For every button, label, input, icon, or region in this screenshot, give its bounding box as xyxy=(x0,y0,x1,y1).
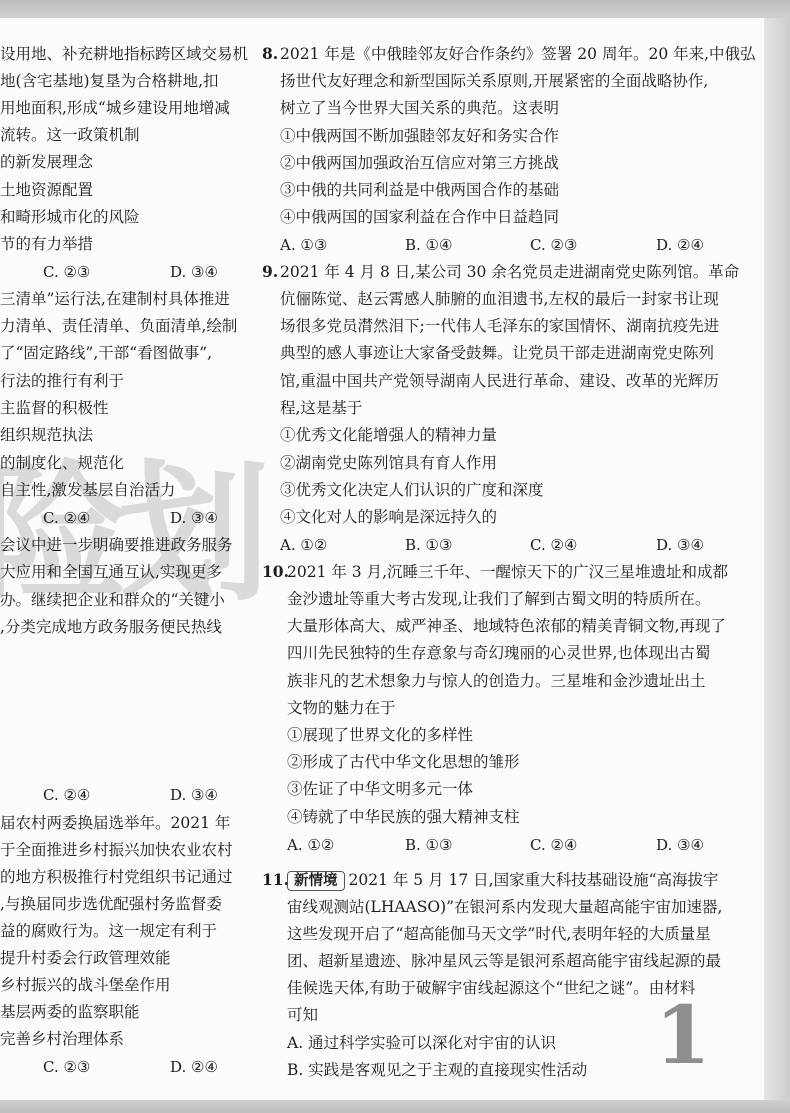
statement-3: ③优秀文化决定人们认识的广度和深度 xyxy=(280,480,544,500)
text-line: 于全面推进乡村振兴加快农业农村 xyxy=(0,840,233,860)
new-context-badge: 新情境 xyxy=(287,871,345,891)
option-d[interactable]: D. ②④ xyxy=(170,1057,218,1077)
text-line: 自主性,激发基层自治活力 xyxy=(0,480,175,500)
text-line: 伉俪陈觉、赵云霄感人肺腑的血泪遗书,左权的最后一封家书让现 xyxy=(280,289,719,309)
right-column: 8. 2021 年是《中俄睦邻友好合作条约》签署 20 周年。20 年来,中俄弘… xyxy=(262,0,762,1113)
question-number: 9. xyxy=(262,262,278,282)
text-line: 佳候选天体,有助于破解宇宙线起源这个“世纪之谜”。由材料 xyxy=(287,978,695,998)
text-line: 典型的感人事迹让大家备受鼓舞。让党员干部走进湖南党史陈列 xyxy=(280,343,714,363)
statement-2: ②形成了古代中华文化思想的雏形 xyxy=(287,752,520,772)
text-line: 扬世代友好理念和新型国际关系原则,开展紧密的全面战略协作, xyxy=(280,71,708,91)
text-line: 节的有力举措 xyxy=(0,234,93,254)
text-line: 2021 年 3 月,沉睡三千年、一醒惊天下的广汉三星堆遗址和成都 xyxy=(287,562,728,582)
text-line: 提升村委会行政管理效能 xyxy=(0,948,171,968)
option-b[interactable]: B. ①③ xyxy=(405,535,452,555)
text-line: 2021 年是《中俄睦邻友好合作条约》签署 20 周年。20 年来,中俄弘 xyxy=(280,44,756,64)
option-d[interactable]: D. ③④ xyxy=(656,835,704,855)
option-c[interactable]: C. ②③ xyxy=(43,262,90,282)
text-line: 完善乡村治理体系 xyxy=(0,1029,124,1049)
option-d[interactable]: D. ②④ xyxy=(656,235,704,255)
statement-1: ①展现了世界文化的多样性 xyxy=(287,725,473,745)
text-line: 场很多党员潸然泪下;一代伟人毛泽东的家国情怀、湖南抗疫先进 xyxy=(280,316,719,336)
statement-3: ③中俄的共同利益是中俄两国合作的基础 xyxy=(280,180,559,200)
text-line: 了“固定路线”,干部“看图做事”, xyxy=(0,343,212,363)
text-line: 土地资源配置 xyxy=(0,180,93,200)
statement-3: ③佐证了中华文明多元一体 xyxy=(287,779,473,799)
text-line: 团、超新星遗迹、脉冲星风云等是银河系超高能宇宙线起源的最 xyxy=(287,951,721,971)
option-a[interactable]: A. ①③ xyxy=(280,235,327,255)
text-line: 乡村振兴的战斗堡垒作用 xyxy=(0,975,171,995)
statement-4: ④铸就了中华民族的强大精神支柱 xyxy=(287,807,520,827)
option-b[interactable]: B. ①④ xyxy=(405,235,452,255)
option-b[interactable]: B. ①③ xyxy=(405,835,452,855)
statement-1: ①中俄两国不断加强睦邻友好和务实合作 xyxy=(280,126,559,146)
text-line: 文物的魅力在于 xyxy=(287,698,396,718)
option-c[interactable]: C. ②③ xyxy=(43,1057,90,1077)
statement-4: ④文化对人的影响是深远持久的 xyxy=(280,507,497,527)
text-line: 的新发展理念 xyxy=(0,152,93,172)
text-line: 三清单”运行法,在建制村具体推进 xyxy=(0,289,230,309)
text-line: 的地方积极推行村党组织书记通过 xyxy=(0,867,233,887)
option-c[interactable]: C. ②④ xyxy=(530,535,577,555)
text-line: ,与换届同步选优配强村务监督委 xyxy=(0,894,222,914)
option-d[interactable]: D. ③④ xyxy=(170,262,218,282)
first-line-text: 2021 年 5 月 17 日,国家重大科技基础设施“高海拔宇 xyxy=(349,871,719,889)
question-number: 8. xyxy=(262,44,278,64)
option-c[interactable]: C. ②④ xyxy=(43,508,90,528)
option-c[interactable]: C. ②④ xyxy=(43,785,90,805)
choice-a[interactable]: A. 通过科学实验可以深化对宇宙的认识 xyxy=(287,1033,556,1053)
text-line: 益的腐败行为。这一规定有利于 xyxy=(0,921,217,941)
text-line: 四川先民独特的生存意象与奇幻瑰丽的心灵世界,也体现出古蜀 xyxy=(287,643,710,663)
option-d[interactable]: D. ③④ xyxy=(170,785,218,805)
text-line: 族非凡的艺术想象力与惊人的创造力。三星堆和金沙遗址出土 xyxy=(287,671,706,691)
statement-2: ②湖南党史陈列馆具有育人作用 xyxy=(280,453,497,473)
choice-b[interactable]: B. 实践是客观见之于主观的直接现实性活动 xyxy=(287,1060,587,1080)
option-c[interactable]: C. ②③ xyxy=(530,235,577,255)
text-line: 2021 年 4 月 8 日,某公司 30 余名党员走进湖南党史陈列馆。革命 xyxy=(280,262,739,282)
statement-2: ②中俄两国加强政治互信应对第三方挑战 xyxy=(280,153,559,173)
text-line: 大量形体高大、威严神圣、地域特色浓郁的精美青铜文物,再现了 xyxy=(287,616,726,636)
text-line: 大应用和全国互通互认,实现更多 xyxy=(0,562,222,582)
question-number: 11. xyxy=(262,870,289,890)
option-d[interactable]: D. ③④ xyxy=(656,535,704,555)
option-a[interactable]: A. ①② xyxy=(280,535,327,555)
option-c[interactable]: C. ②④ xyxy=(530,835,577,855)
text-line: 可知 xyxy=(287,1005,318,1025)
text-line: 主监督的积极性 xyxy=(0,398,109,418)
left-column: 设用地、补充耕地指标跨区域交易机 地(含宅基地)复垦为合格耕地,扣 用地面积,形… xyxy=(0,0,250,1113)
statement-4: ④中俄两国的国家利益在合作中日益趋同 xyxy=(280,207,559,227)
text-line: 力清单、责任清单、负面清单,绘制 xyxy=(0,316,237,336)
text-line: 用地面积,形成“城乡建设用地增减 xyxy=(0,98,230,118)
question-number: 10. xyxy=(262,562,289,582)
text-line: 行法的推行有利于 xyxy=(0,371,124,391)
text-line: 的制度化、规范化 xyxy=(0,453,124,473)
text-line: 馆,重温中国共产党领导湖南人民进行革命、建设、改革的光辉历 xyxy=(280,371,719,391)
text-line: 办。继续把企业和群众的“关键小 xyxy=(0,590,225,610)
text-line: 设用地、补充耕地指标跨区域交易机 xyxy=(0,44,248,64)
text-line: 树立了当今世界大国关系的典范。这表明 xyxy=(280,98,559,118)
text-line: 金沙遗址等重大考古发现,让我们了解到古蜀文明的特质所在。 xyxy=(287,589,710,609)
text-line: 程,这是基于 xyxy=(280,398,362,418)
text-line: 和畸形城市化的风险 xyxy=(0,207,140,227)
text-line: 会议中进一步明确要推进政务服务 xyxy=(0,535,233,555)
text-line: 届农村两委换届选举年。2021 年 xyxy=(0,813,230,833)
text-line: 基层两委的监察职能 xyxy=(0,1002,140,1022)
page-edge-shadow xyxy=(764,18,790,1100)
text-line: 组织规范执法 xyxy=(0,425,93,445)
text-line: 地(含宅基地)复垦为合格耕地,扣 xyxy=(0,71,219,91)
text-line: 流转。这一政策机制 xyxy=(0,125,140,145)
text-line: 新情境2021 年 5 月 17 日,国家重大科技基础设施“高海拔宇 xyxy=(287,870,719,891)
text-line: 这些发现开启了“超高能伽马天文学”时代,表明年轻的大质量星 xyxy=(287,924,711,944)
option-a[interactable]: A. ①② xyxy=(287,835,334,855)
text-line: ,分类完成地方政务服务便民热线 xyxy=(0,617,222,637)
option-d[interactable]: D. ③④ xyxy=(170,508,218,528)
text-line: 宙线观测站(LHAASO)”在银河系内发现大量超高能宇宙加速器, xyxy=(287,897,722,917)
statement-1: ①优秀文化能增强人的精神力量 xyxy=(280,425,497,445)
